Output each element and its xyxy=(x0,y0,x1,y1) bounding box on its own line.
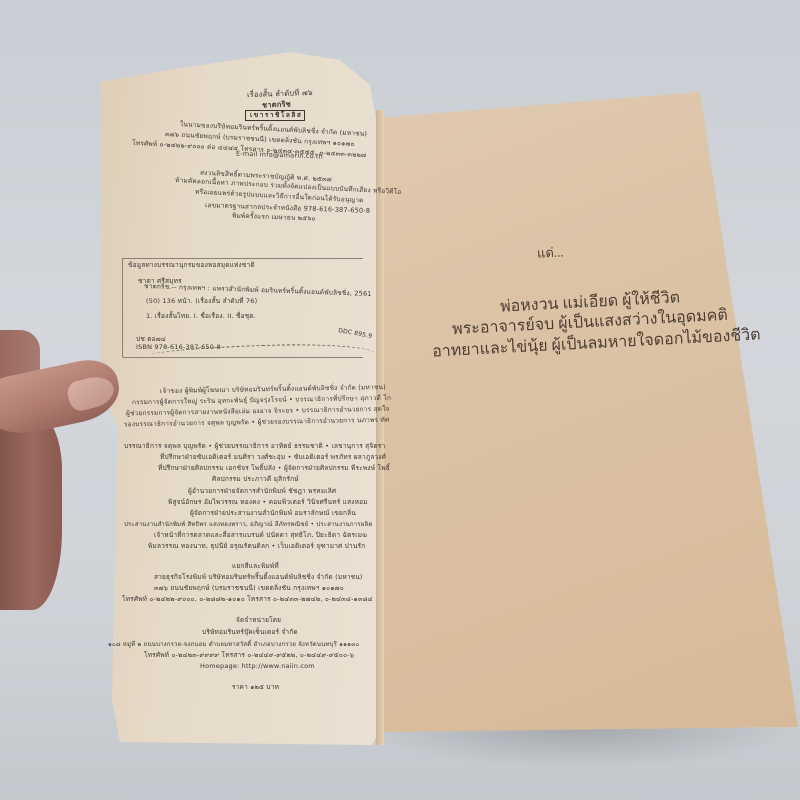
book-shadow xyxy=(360,728,800,768)
distribution-line-1: บริษัทอมรินทร์บุ๊คเซ็นเตอร์ จำกัด xyxy=(202,627,298,637)
title-box-label: เขาราชิโลลิส xyxy=(250,110,302,120)
book-photo-scene: แด่... พ่อหงวน แม่เอียด ผู้ให้ชีวิต พระอ… xyxy=(0,0,800,800)
credit-line-14: พิมลวรรณ ทองนาท, ธุปนีย์ อรุณรัตนดิลก • … xyxy=(148,541,365,551)
printing-heading: แยกสีและพิมพ์ที่ xyxy=(232,561,279,571)
cip-header: ข้อมูลทางบรรณานุกรมของหอสมุดแห่งชาติ xyxy=(128,260,255,270)
cip-line-4: 1. เรื่องสั้นไทย. I. ชื่อเรื่อง. II. ชื่… xyxy=(146,311,256,321)
credit-line-12: ประสานงานสำนักพิมพ์ สิทธิพร แสงทองพราว, … xyxy=(124,519,372,529)
distribution-line-2: ๑๐๘ หมู่ที่ ๒ ถนนบางกรวย-จงถนอม ตำบลมหาส… xyxy=(108,639,359,649)
credit-line-6: ที่ปรึกษาฝ่ายซับเอดิเตอร์ มนศิรา วงศ์ชะอ… xyxy=(160,452,386,462)
price-line: ราคา ๑๒๕ บาท xyxy=(232,682,279,692)
dedication-intro: แด่... xyxy=(536,241,564,263)
left-page-fore-edge xyxy=(376,110,384,745)
hand-palm xyxy=(0,410,62,610)
credit-line-5: บรรณาธิการ จตุพล บุญพรัด • ผู้ช่วยบรรณาธ… xyxy=(124,441,385,451)
distribution-heading: จัดจำหน่ายโดย xyxy=(236,615,281,625)
printing-line-1: สายธุรกิจโรงพิมพ์ บริษัทอมรินทร์พริ้นติ้… xyxy=(154,572,363,582)
credit-line-9: ผู้อำนวยการฝ่ายจัดการสำนักพิมพ์ ชัชฎา พร… xyxy=(188,486,336,496)
cip-line-3: (50) 136 หน้า. (เรื่องสั้น ลำดับที่ 76) xyxy=(146,296,257,306)
credit-line-13: เจ้าหน้าที่การตลาดและสื่อสารแบรนด์ ปนัดด… xyxy=(154,530,367,540)
distribution-homepage: Homepage: http://www.naiin.com xyxy=(200,662,315,670)
credit-line-8: ศิลปกรรม ประภาวดี มุสิกรักษ์ xyxy=(212,474,299,484)
credit-line-11: ผู้จัดการฝ่ายประสานงานสำนักพิมพ์ อมราลัก… xyxy=(190,508,356,518)
printing-line-3: โทรศัพท์ ๐-๒๔๒๒-๙๐๐๐, ๐-๒๘๘๒-๑๐๑๐ โทรสาร… xyxy=(122,594,373,604)
distribution-line-3: โทรศัพท์ ๐-๒๔๒๓-๙๙๙๙ โทรสาร ๐-๒๔๔๙-๙๕๒๒,… xyxy=(144,650,354,660)
credit-line-10: พิสูจน์อักษร อัมไพวรรณ ทองคง • คอมพิวเตอ… xyxy=(168,497,368,507)
credit-line-7: ที่ปรึกษาฝ่ายศิลปกรรม เอกชัจร โพธิ์ปลัง … xyxy=(158,463,390,473)
printing-line-2: ๓๗๖ ถนนชัยพฤกษ์ (บรมราชชนนี) เขตตลิ่งชัน… xyxy=(154,583,344,593)
